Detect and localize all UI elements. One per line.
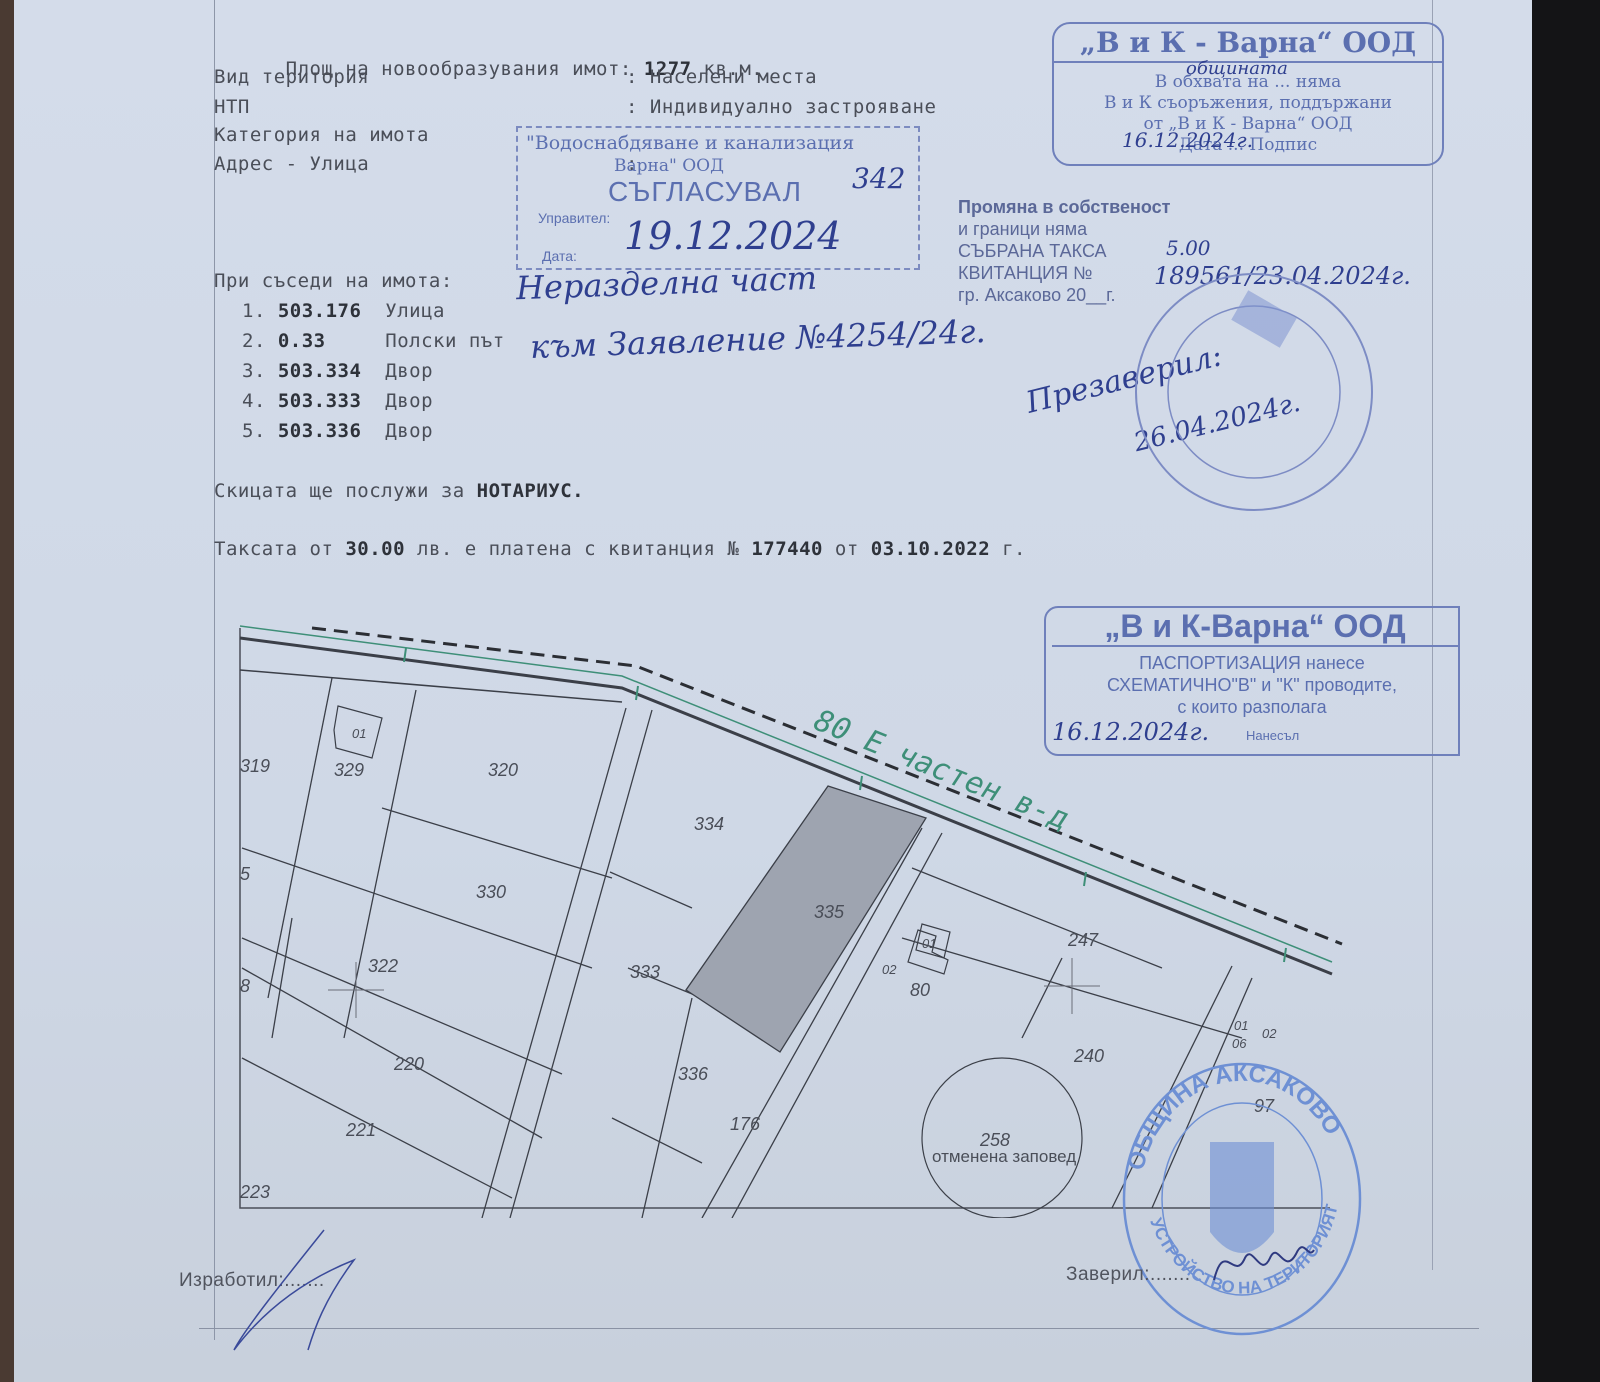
parcel-label: 221 (345, 1120, 376, 1140)
neighbor-id: 503.334 (278, 360, 385, 382)
certified-by-label: Заверил: (1066, 1264, 1150, 1285)
neighbor-type: Полски път (385, 330, 504, 352)
water-supply-handwritten-number: 342 (852, 162, 905, 195)
neighbor-row: 5. 503.336 Двор (242, 420, 433, 442)
fee-prefix: Таксата от (214, 538, 333, 560)
parcel-label: 220 (393, 1054, 424, 1074)
neighbor-row: 3. 503.334 Двор (242, 360, 433, 382)
neighbor-number: 2. (242, 330, 278, 352)
territory-value: : Населени места (626, 66, 817, 88)
parcel-label: 320 (488, 760, 518, 780)
ntp-value: : Индивидуално застрояване (626, 96, 936, 118)
parcel-label: 247 (1067, 930, 1099, 950)
building-label: 01 (922, 936, 936, 951)
building-label: 01 (1234, 1018, 1248, 1033)
neighbor-id: 0.33 (278, 330, 385, 352)
purpose-line: Скицата ще послужи за НОТАРИУС. (214, 480, 584, 502)
parcel-label: 333 (630, 962, 660, 982)
neighbor-type: Двор (385, 360, 433, 382)
neighbor-row: 2. 0.33 Полски път (242, 330, 505, 352)
ownership-line: Промяна в собственост (958, 196, 1170, 218)
signature-certified (1204, 1210, 1324, 1300)
fee-amount: 30.00 (345, 538, 405, 560)
vik-top-handwritten-word: общината (1186, 58, 1288, 79)
neighbor-number: 1. (242, 300, 278, 322)
purpose-value: НОТАРИУС. (477, 480, 584, 502)
parcel-label: 329 (334, 760, 364, 780)
manager-label: Управител: (538, 210, 610, 226)
parcel-label: 334 (694, 814, 724, 834)
ownership-line: и граници няма (958, 218, 1170, 240)
neighbor-id: 503.176 (278, 300, 385, 322)
neighbor-number: 3. (242, 360, 278, 382)
building-label: 02 (1262, 1026, 1277, 1041)
map-note: отменена заповед (932, 1147, 1076, 1166)
municipal-stamp-top (1124, 262, 1384, 522)
water-supply-handwritten-date: 19.12.2024 (624, 214, 842, 258)
neighbor-row: 1. 503.176 Улица (242, 300, 445, 322)
fee-suffix: г. (1002, 538, 1026, 560)
neighbor-number: 4. (242, 390, 278, 412)
handwritten-contract-note: към Заявление №4254/24г. (529, 312, 986, 366)
water-supply-sub: Варна" ООД (614, 156, 724, 176)
date-label: Дата: (542, 248, 577, 264)
neighbor-row: 4. 503.333 Двор (242, 390, 433, 412)
parcel-label: 330 (476, 882, 506, 902)
neighbor-number: 5. (242, 420, 278, 442)
purpose-prefix: Скицата ще послужи за (214, 480, 465, 502)
category-label: Категория на имота (214, 124, 429, 146)
neighbor-id: 503.333 (278, 390, 385, 412)
building-label: 06 (1232, 1036, 1247, 1051)
parcel-label: 322 (368, 956, 398, 976)
territory-label: Вид територия (214, 66, 369, 88)
signature-prepared (204, 1220, 384, 1360)
neighbor-id: 503.336 (278, 420, 385, 442)
neighbor-type: Двор (385, 390, 433, 412)
parcel-label: 5 (240, 864, 251, 884)
address-label: Адрес - Улица (214, 153, 369, 175)
parcel-label: 335 (814, 902, 845, 922)
left-margin-line (214, 0, 215, 1340)
neighbor-type: Улица (385, 300, 445, 322)
vik-top-handwritten-date: 16.12.2024г. (1122, 128, 1253, 152)
building-label: 02 (882, 962, 897, 977)
fee-from: от (835, 538, 859, 560)
parcel-label: 319 (240, 756, 270, 776)
background-left-edge (0, 0, 14, 1382)
fee-date: 03.10.2022 (871, 538, 990, 560)
vik-top-line: В и К съоръжения, поддържани (1054, 93, 1442, 114)
neighbors-title: При съседи на имота: (214, 270, 453, 292)
fee-mid: лв. е платена с квитанция № (417, 538, 739, 560)
water-supply-status: СЪГЛАСУВАЛ (608, 176, 802, 208)
fee-line: Таксата от 30.00 лв. е платена с квитанц… (214, 538, 1026, 560)
ownership-handwritten-fee: 5.00 (1166, 236, 1211, 260)
neighbor-type: Двор (385, 420, 433, 442)
parcel-label: 223 (239, 1182, 270, 1202)
fee-receipt: 177440 (751, 538, 823, 560)
parcel-label: 8 (240, 976, 250, 996)
ntp-label: НТП (214, 96, 250, 118)
parcel-label: 80 (910, 980, 930, 1000)
certified-by: Заверил:....... (1066, 1264, 1191, 1286)
parcel-label: 336 (678, 1064, 709, 1084)
ownership-line: СЪБРАНА ТАКСА (958, 240, 1170, 262)
municipal-stamp-bottom: ОБЩИНА АКСАКОВО УСТРОЙСТВО НА ТЕРИТОРИЯТ… (1112, 1054, 1372, 1344)
building-label: 01 (352, 726, 366, 741)
parcel-label: 176 (730, 1114, 761, 1134)
parcel-label: 240 (1073, 1046, 1104, 1066)
water-supply-title: "Водоснабдяване и канализация (526, 132, 854, 154)
document-sheet: Площ на новообразувания имот: 1277 кв.м.… (14, 0, 1532, 1382)
